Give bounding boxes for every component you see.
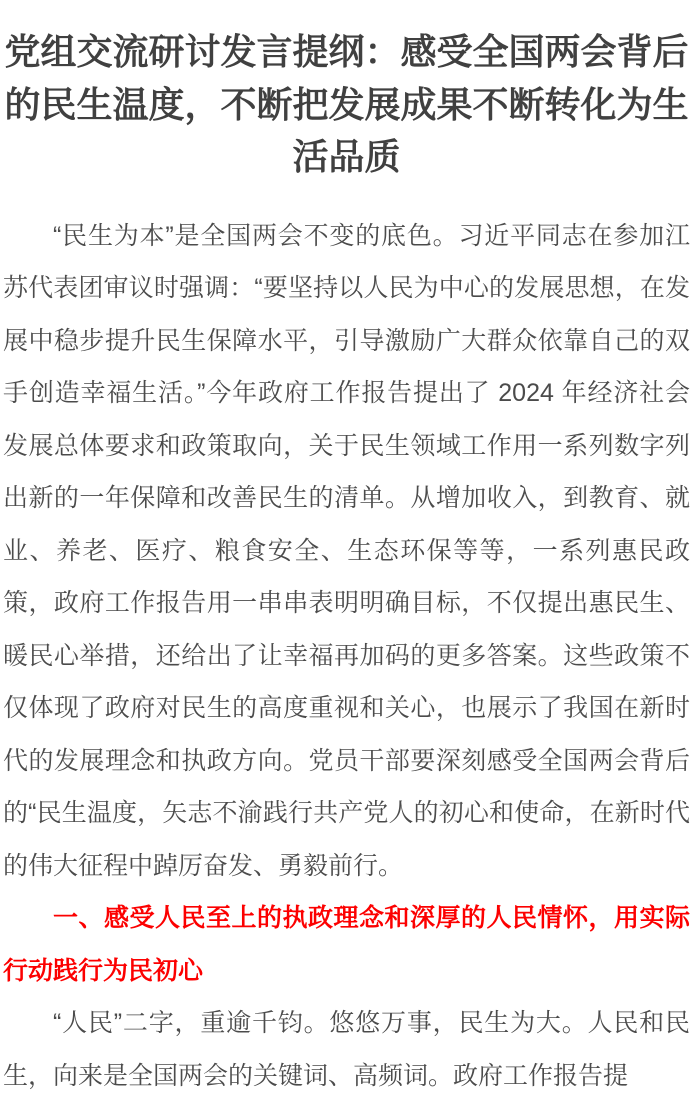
article-page: 党组交流研讨发言提纲：感受全国两会背后的民生温度，不断把发展成果不断转化为生活品… xyxy=(0,0,693,1097)
paragraph-intro: “民生为本”是全国两会不变的底色。习近平同志在参加江苏代表团审议时强调：“要坚持… xyxy=(3,210,690,893)
section-heading-1: 一、感受人民至上的执政理念和深厚的人民情怀，用实际行动践行为民初心 xyxy=(3,892,690,997)
paragraph-section-1-body: “人民”二字，重逾千钧。悠悠万事，民生为大。人民和民生，向来是全国两会的关键词、… xyxy=(3,997,690,1097)
article-title: 党组交流研讨发言提纲：感受全国两会背后的民生温度，不断把发展成果不断转化为生活品… xyxy=(3,26,690,184)
